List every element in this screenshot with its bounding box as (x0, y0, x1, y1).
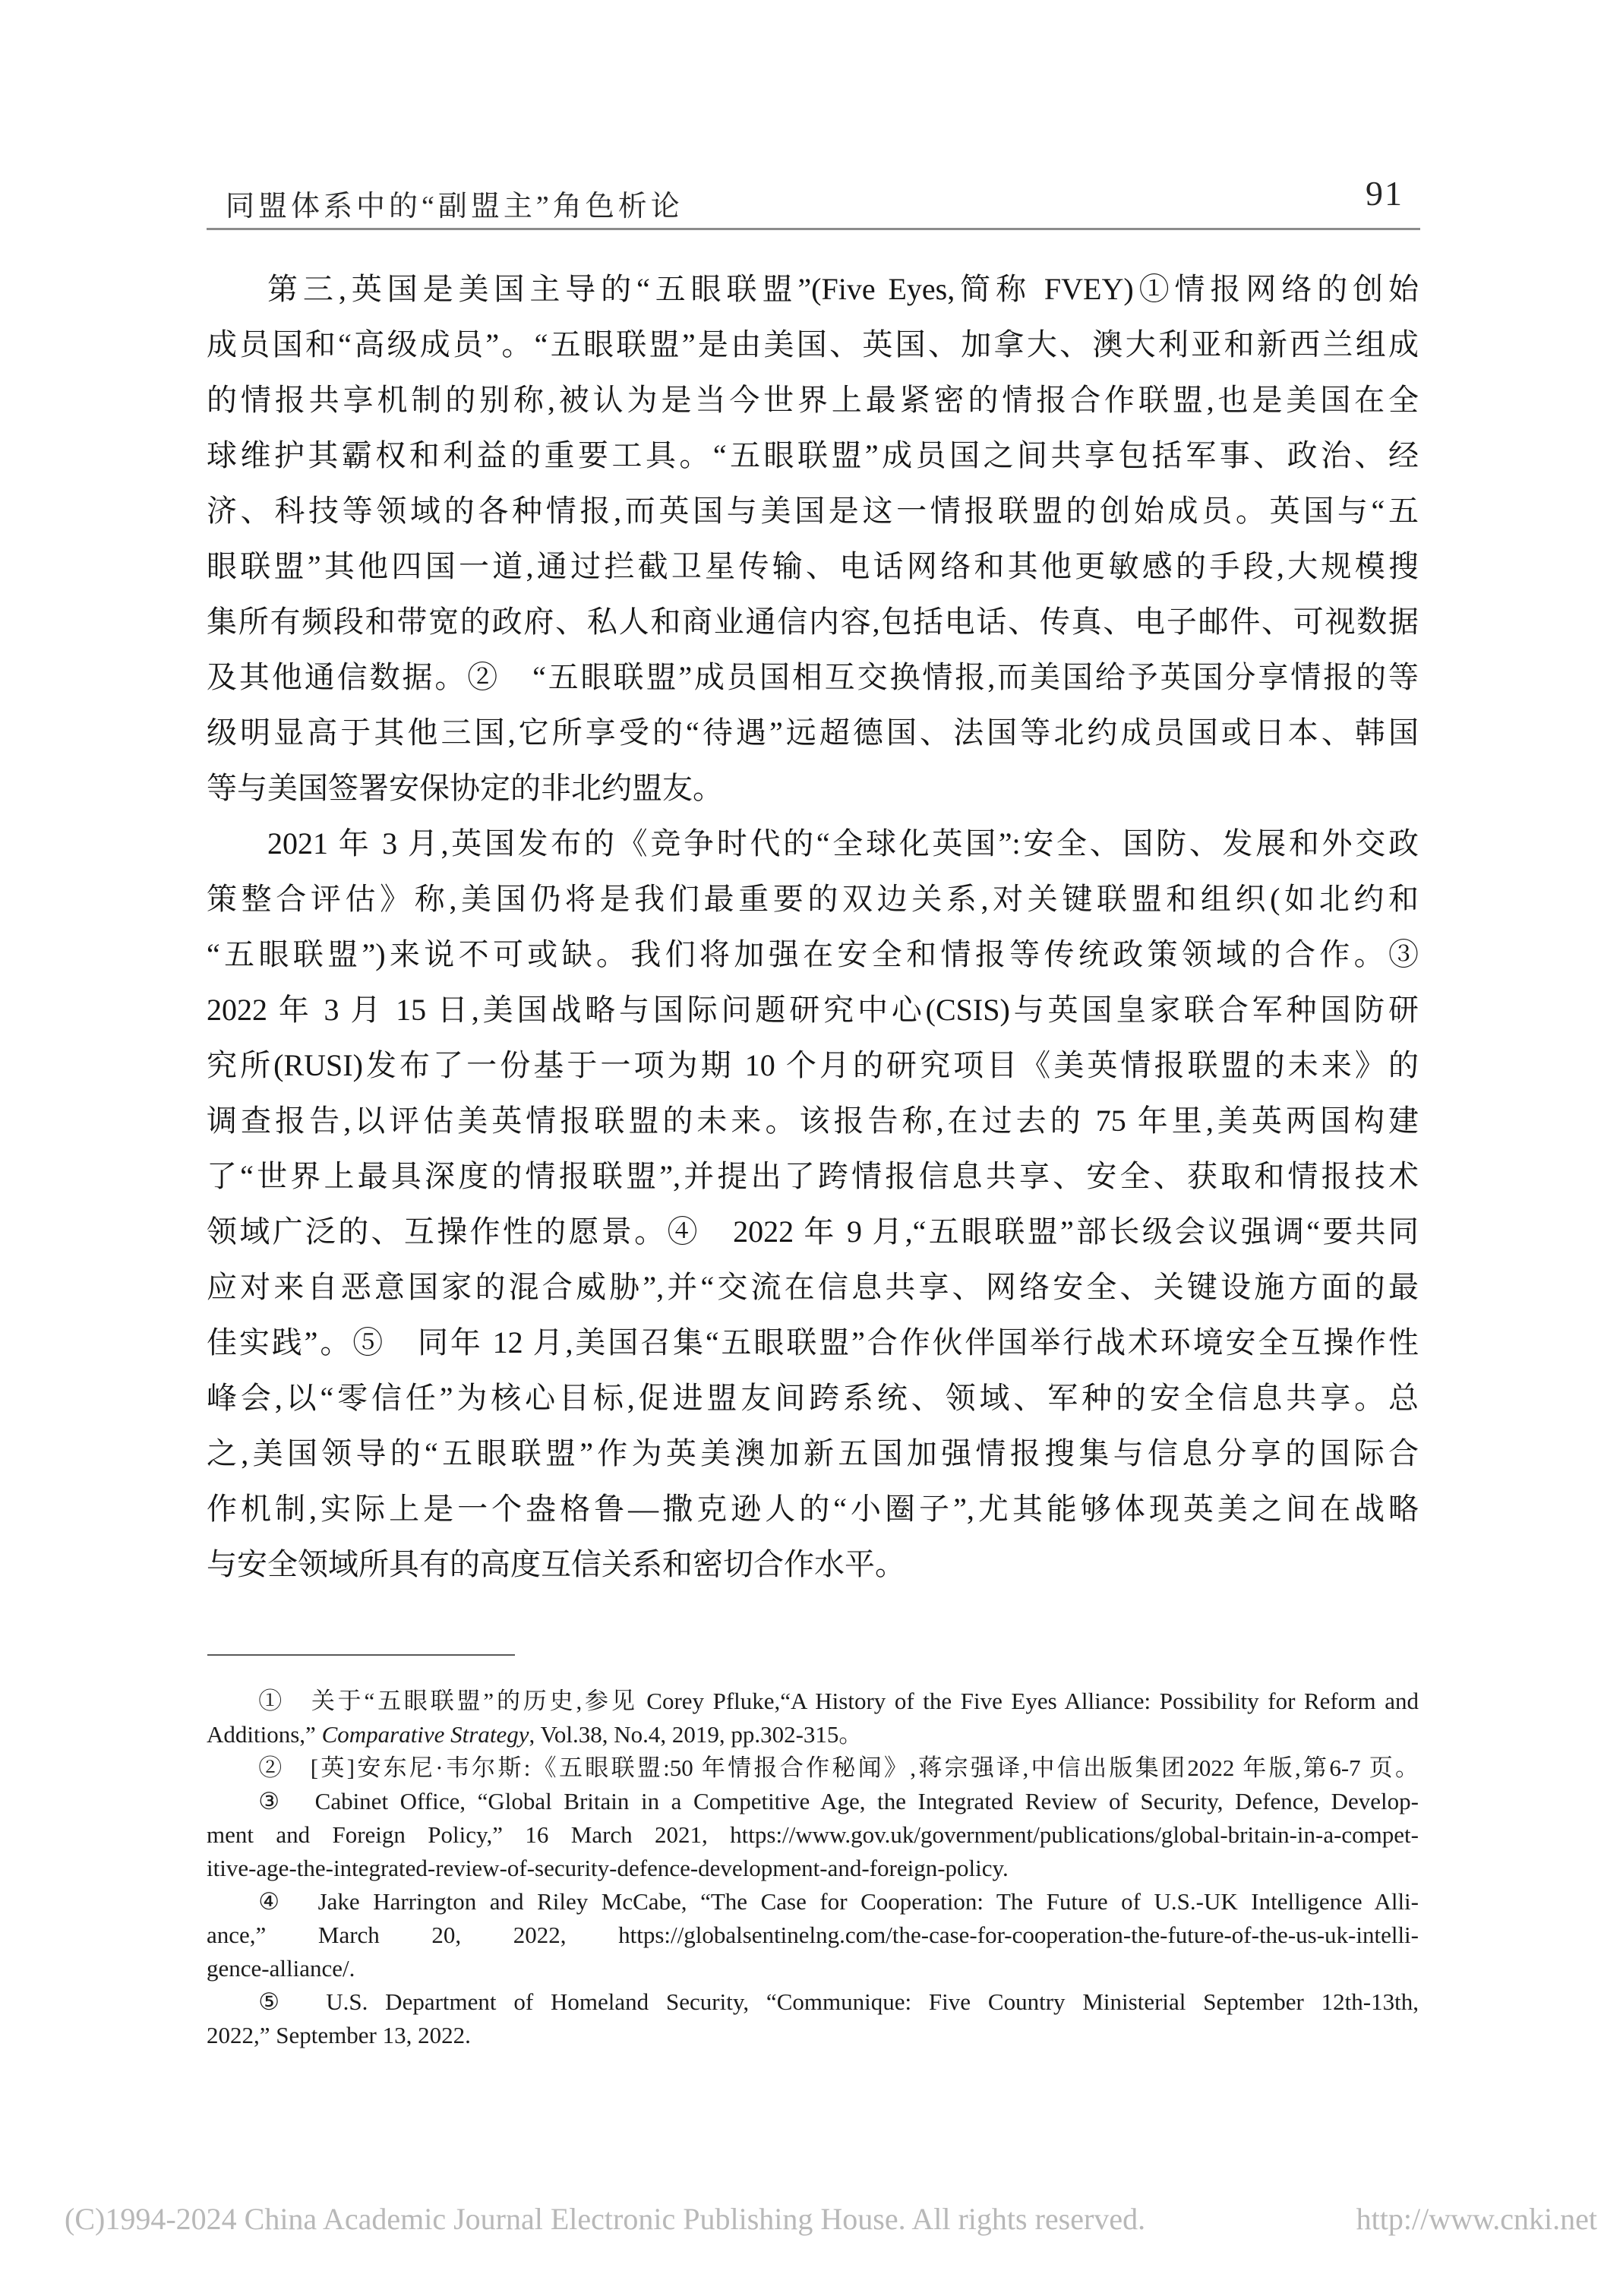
body-text-line: “五眼联盟”)来说不可或缺。我们将加强在安全和情报等传统政策领域的合作。③ (207, 927, 1419, 982)
footnote-5-line-2: 2022,” September 13, 2022. (207, 2019, 1419, 2052)
page-number: 91 (1366, 173, 1404, 213)
body-text-line: 了“世界上最具深度的情报联盟”,并提出了跨情报信息共享、安全、获取和情报技术 (207, 1148, 1419, 1204)
body-text-line: 及其他通信数据。② “五眼联盟”成员国相互交换情报,而美国给予英国分享情报的等 (207, 649, 1419, 705)
body-text-line: 调查报告,以评估美英情报联盟的未来。该报告称,在过去的 75 年里,美英两国构建 (207, 1093, 1419, 1148)
body-text-line: 球维护其霸权和利益的重要工具。“五眼联盟”成员国之间共享包括军事、政治、经 (207, 428, 1419, 483)
footnote-3-line-1: ③ Cabinet Office, “Global Britain in a C… (207, 1785, 1419, 1818)
body-text-line: 策整合评估》称,美国仍将是我们最重要的双边关系,对关键联盟和组织(如北约和 (207, 871, 1419, 927)
document-page: 同盟体系中的“副盟主”角色析论 91 第三,英国是美国主导的“五眼联盟”(Fiv… (0, 0, 1623, 2296)
body-text-line: 2021 年 3 月,英国发布的《竞争时代的“全球化英国”:安全、国防、发展和外… (207, 816, 1419, 871)
footnote-3-line-2: ment and Foreign Policy,” 16 March 2021,… (207, 1818, 1419, 1852)
body-text-line: 峰会,以“零信任”为核心目标,促进盟友间跨系统、领域、军种的安全信息共享。总 (207, 1370, 1419, 1426)
article-body: 第三,英国是美国主导的“五眼联盟”(Five Eyes,简称 FVEY)①情报网… (207, 261, 1419, 1592)
page-footer: (C)1994-2024 China Academic Journal Elec… (65, 2201, 1597, 2237)
body-text-line: 2022 年 3 月 15 日,美国战略与国际问题研究中心(CSIS)与英国皇家… (207, 982, 1419, 1037)
paragraph-2: 2021 年 3 月,英国发布的《竞争时代的“全球化英国”:安全、国防、发展和外… (207, 816, 1419, 1592)
footnote-1-line-2-post: , Vol.38, No.4, 2019, pp.302-315。 (529, 1721, 863, 1748)
footnote-1-line-2-pre: Additions,” (207, 1721, 322, 1748)
body-text-line: 济、科技等领域的各种情报,而英国与美国是这一情报联盟的创始成员。英国与“五 (207, 483, 1419, 538)
footnote-1-line-1: ① 关于“五眼联盟”的历史,参见 Corey Pfluke,“A History… (207, 1685, 1419, 1718)
body-text-line: 第三,英国是美国主导的“五眼联盟”(Five Eyes,简称 FVEY)①情报网… (207, 261, 1419, 317)
body-text-line: 眼联盟”其他四国一道,通过拦截卫星传输、电话网络和其他更敏感的手段,大规模搜 (207, 538, 1419, 594)
copyright-notice: (C)1994-2024 China Academic Journal Elec… (65, 2201, 1145, 2237)
footnote-2: ② [英]安东尼·韦尔斯:《五眼联盟:50 年情报合作秘闻》,蒋宗强译,中信出版… (207, 1751, 1419, 1785)
footnote-4-line-2: ance,” March 20, 2022, https://globalsen… (207, 1919, 1419, 1952)
paragraph-1: 第三,英国是美国主导的“五眼联盟”(Five Eyes,简称 FVEY)①情报网… (207, 261, 1419, 816)
footnote-5-line-1: ⑤ U.S. Department of Homeland Security, … (207, 1985, 1419, 2019)
body-text-line: 与安全领域所具有的高度互信关系和密切合作水平。 (207, 1536, 1419, 1592)
body-text-line: 成员国和“高级成员”。“五眼联盟”是由美国、英国、加拿大、澳大利亚和新西兰组成 (207, 317, 1419, 372)
body-text-line: 集所有频段和带宽的政府、私人和商业通信内容,包括电话、传真、电子邮件、可视数据 (207, 594, 1419, 649)
footnote-1-line-2: Additions,” Comparative Strategy, Vol.38… (207, 1718, 1419, 1751)
body-text-line: 作机制,实际上是一个盎格鲁—撒克逊人的“小圈子”,尤其能够体现英美之间在战略 (207, 1481, 1419, 1536)
body-text-line: 究所(RUSI)发布了一份基于一项为期 10 个月的研究项目《美英情报联盟的未来… (207, 1037, 1419, 1093)
footnote-4-line-1: ④ Jake Harrington and Riley McCabe, “The… (207, 1885, 1419, 1919)
footnote-1-journal-title: Comparative Strategy (322, 1721, 529, 1748)
body-text-line: 领域广泛的、互操作性的愿景。④ 2022 年 9 月,“五眼联盟”部长级会议强调… (207, 1204, 1419, 1259)
footnotes-block: ① 关于“五眼联盟”的历史,参见 Corey Pfluke,“A History… (207, 1685, 1419, 2052)
body-text-line: 之,美国领导的“五眼联盟”作为英美澳加新五国加强情报搜集与信息分享的国际合 (207, 1426, 1419, 1481)
footnote-4-line-3: gence-alliance/. (207, 1952, 1419, 1985)
body-text-line: 等与美国签署安保协定的非北约盟友。 (207, 760, 1419, 816)
body-text-line: 的情报共享机制的别称,被认为是当今世界上最紧密的情报合作联盟,也是美国在全 (207, 372, 1419, 428)
header-rule (207, 228, 1420, 230)
footnote-separator (207, 1654, 515, 1656)
cnki-url: http://www.cnki.net (1356, 2201, 1597, 2237)
footnote-3-line-3: itive-age-the-integrated-review-of-secur… (207, 1852, 1419, 1885)
body-text-line: 佳实践”。⑤ 同年 12 月,美国召集“五眼联盟”合作伙伴国举行战术环境安全互操… (207, 1315, 1419, 1370)
running-header-title: 同盟体系中的“副盟主”角色析论 (226, 182, 684, 224)
body-text-line: 级明显高于其他三国,它所享受的“待遇”远超德国、法国等北约成员国或日本、韩国 (207, 705, 1419, 760)
body-text-line: 应对来自恶意国家的混合威胁”,并“交流在信息共享、网络安全、关键设施方面的最 (207, 1259, 1419, 1315)
